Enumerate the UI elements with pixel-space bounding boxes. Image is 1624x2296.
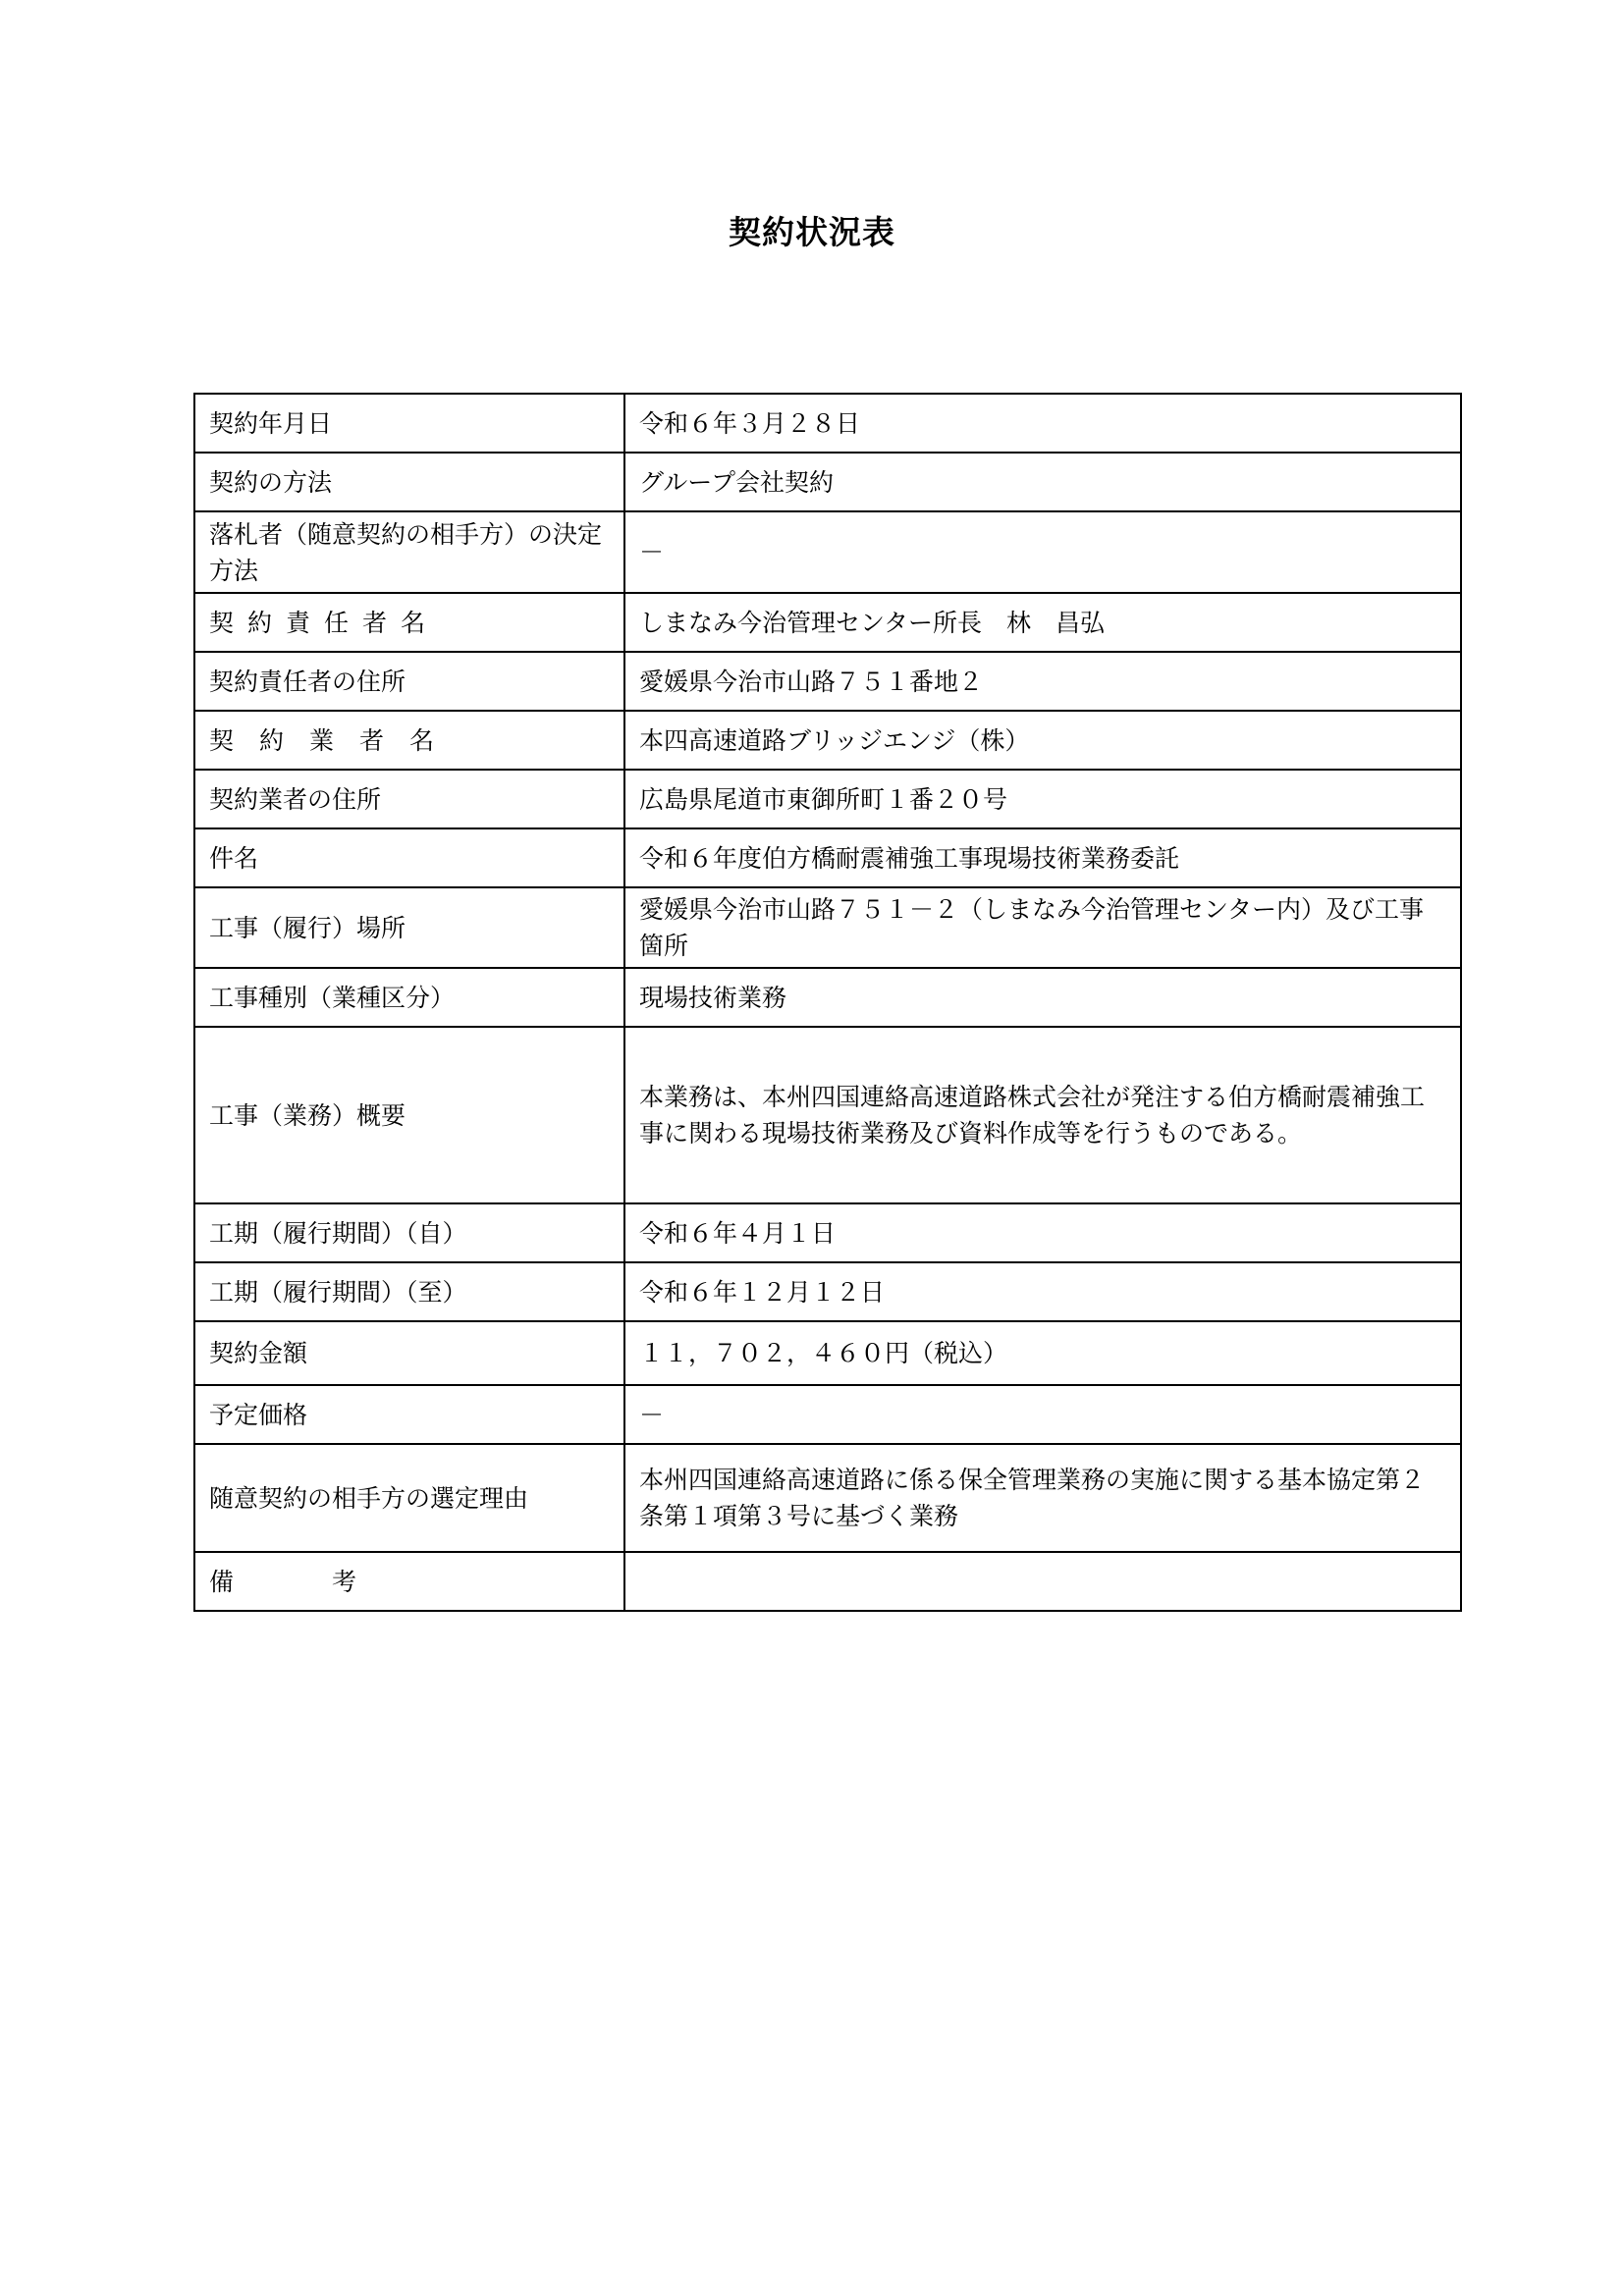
row-label: 随意契約の相手方の選定理由 [194,1444,624,1552]
row-label: 備 考 [194,1552,624,1611]
row-value: 本業務は、本州四国連絡高速道路株式会社が発注する伯方橋耐震補強工事に関わる現場技… [624,1027,1461,1203]
table-row-contract-method: 契約の方法 グループ会社契約 [194,453,1461,511]
table-row-contractor-name: 契約業者名 本四高速道路ブリッジエンジ（株） [194,711,1461,770]
row-label: 工事種別（業種区分） [194,968,624,1027]
table-row-selection-reason: 随意契約の相手方の選定理由 本州四国連絡高速道路に係る保全管理業務の実施に関する… [194,1444,1461,1552]
row-label: 工事（履行）場所 [194,887,624,968]
row-value [624,1552,1461,1611]
row-value: グループ会社契約 [624,453,1461,511]
table-row-work-location: 工事（履行）場所 愛媛県今治市山路７５１－２（しまなみ今治管理センター内）及び工… [194,887,1461,968]
table-row-contract-officer: 契約責任者名 しまなみ今治管理センター所長 林 昌弘 [194,593,1461,652]
table-row-winner-decision-method: 落札者（随意契約の相手方）の決定方法 － [194,511,1461,593]
row-value: 愛媛県今治市山路７５１－２（しまなみ今治管理センター内）及び工事箇所 [624,887,1461,968]
table-row-estimated-price: 予定価格 － [194,1385,1461,1444]
row-label: 契約の方法 [194,453,624,511]
row-label: 契約責任者の住所 [194,652,624,711]
row-label: 契約責任者名 [194,593,624,652]
table-row-period-to: 工期（履行期間）（至） 令和６年１２月１２日 [194,1262,1461,1321]
row-label: 契約業者名 [194,711,624,770]
table-row-contract-date: 契約年月日 令和６年３月２８日 [194,394,1461,453]
table-row-remarks: 備 考 [194,1552,1461,1611]
row-value: １１，７０２，４６０円（税込） [624,1321,1461,1385]
row-label: 件名 [194,828,624,887]
table-row-contract-amount: 契約金額 １１，７０２，４６０円（税込） [194,1321,1461,1385]
row-label: 契約年月日 [194,394,624,453]
row-label: 工事（業務）概要 [194,1027,624,1203]
row-value: しまなみ今治管理センター所長 林 昌弘 [624,593,1461,652]
row-value: 令和６年４月１日 [624,1203,1461,1262]
page-title: 契約状況表 [0,208,1624,257]
row-label: 工期（履行期間）（自） [194,1203,624,1262]
row-value: 現場技術業務 [624,968,1461,1027]
row-value: 令和６年度伯方橋耐震補強工事現場技術業務委託 [624,828,1461,887]
row-label: 契約業者の住所 [194,770,624,828]
row-value: － [624,511,1461,593]
row-value: 令和６年１２月１２日 [624,1262,1461,1321]
row-value: 広島県尾道市東御所町１番２０号 [624,770,1461,828]
row-value: 令和６年３月２８日 [624,394,1461,453]
table-row-work-summary: 工事（業務）概要 本業務は、本州四国連絡高速道路株式会社が発注する伯方橋耐震補強… [194,1027,1461,1203]
row-label: 予定価格 [194,1385,624,1444]
table-row-work-type: 工事種別（業種区分） 現場技術業務 [194,968,1461,1027]
row-value: 愛媛県今治市山路７５１番地２ [624,652,1461,711]
table-row-subject: 件名 令和６年度伯方橋耐震補強工事現場技術業務委託 [194,828,1461,887]
row-value: － [624,1385,1461,1444]
row-label: 工期（履行期間）（至） [194,1262,624,1321]
table-row-contractor-address: 契約業者の住所 広島県尾道市東御所町１番２０号 [194,770,1461,828]
row-label: 落札者（随意契約の相手方）の決定方法 [194,511,624,593]
table-row-contract-officer-address: 契約責任者の住所 愛媛県今治市山路７５１番地２ [194,652,1461,711]
row-label: 契約金額 [194,1321,624,1385]
contract-status-table: 契約年月日 令和６年３月２８日 契約の方法 グループ会社契約 落札者（随意契約の… [193,393,1462,1612]
table-row-period-from: 工期（履行期間）（自） 令和６年４月１日 [194,1203,1461,1262]
row-value: 本四高速道路ブリッジエンジ（株） [624,711,1461,770]
row-value: 本州四国連絡高速道路に係る保全管理業務の実施に関する基本協定第２条第１項第３号に… [624,1444,1461,1552]
